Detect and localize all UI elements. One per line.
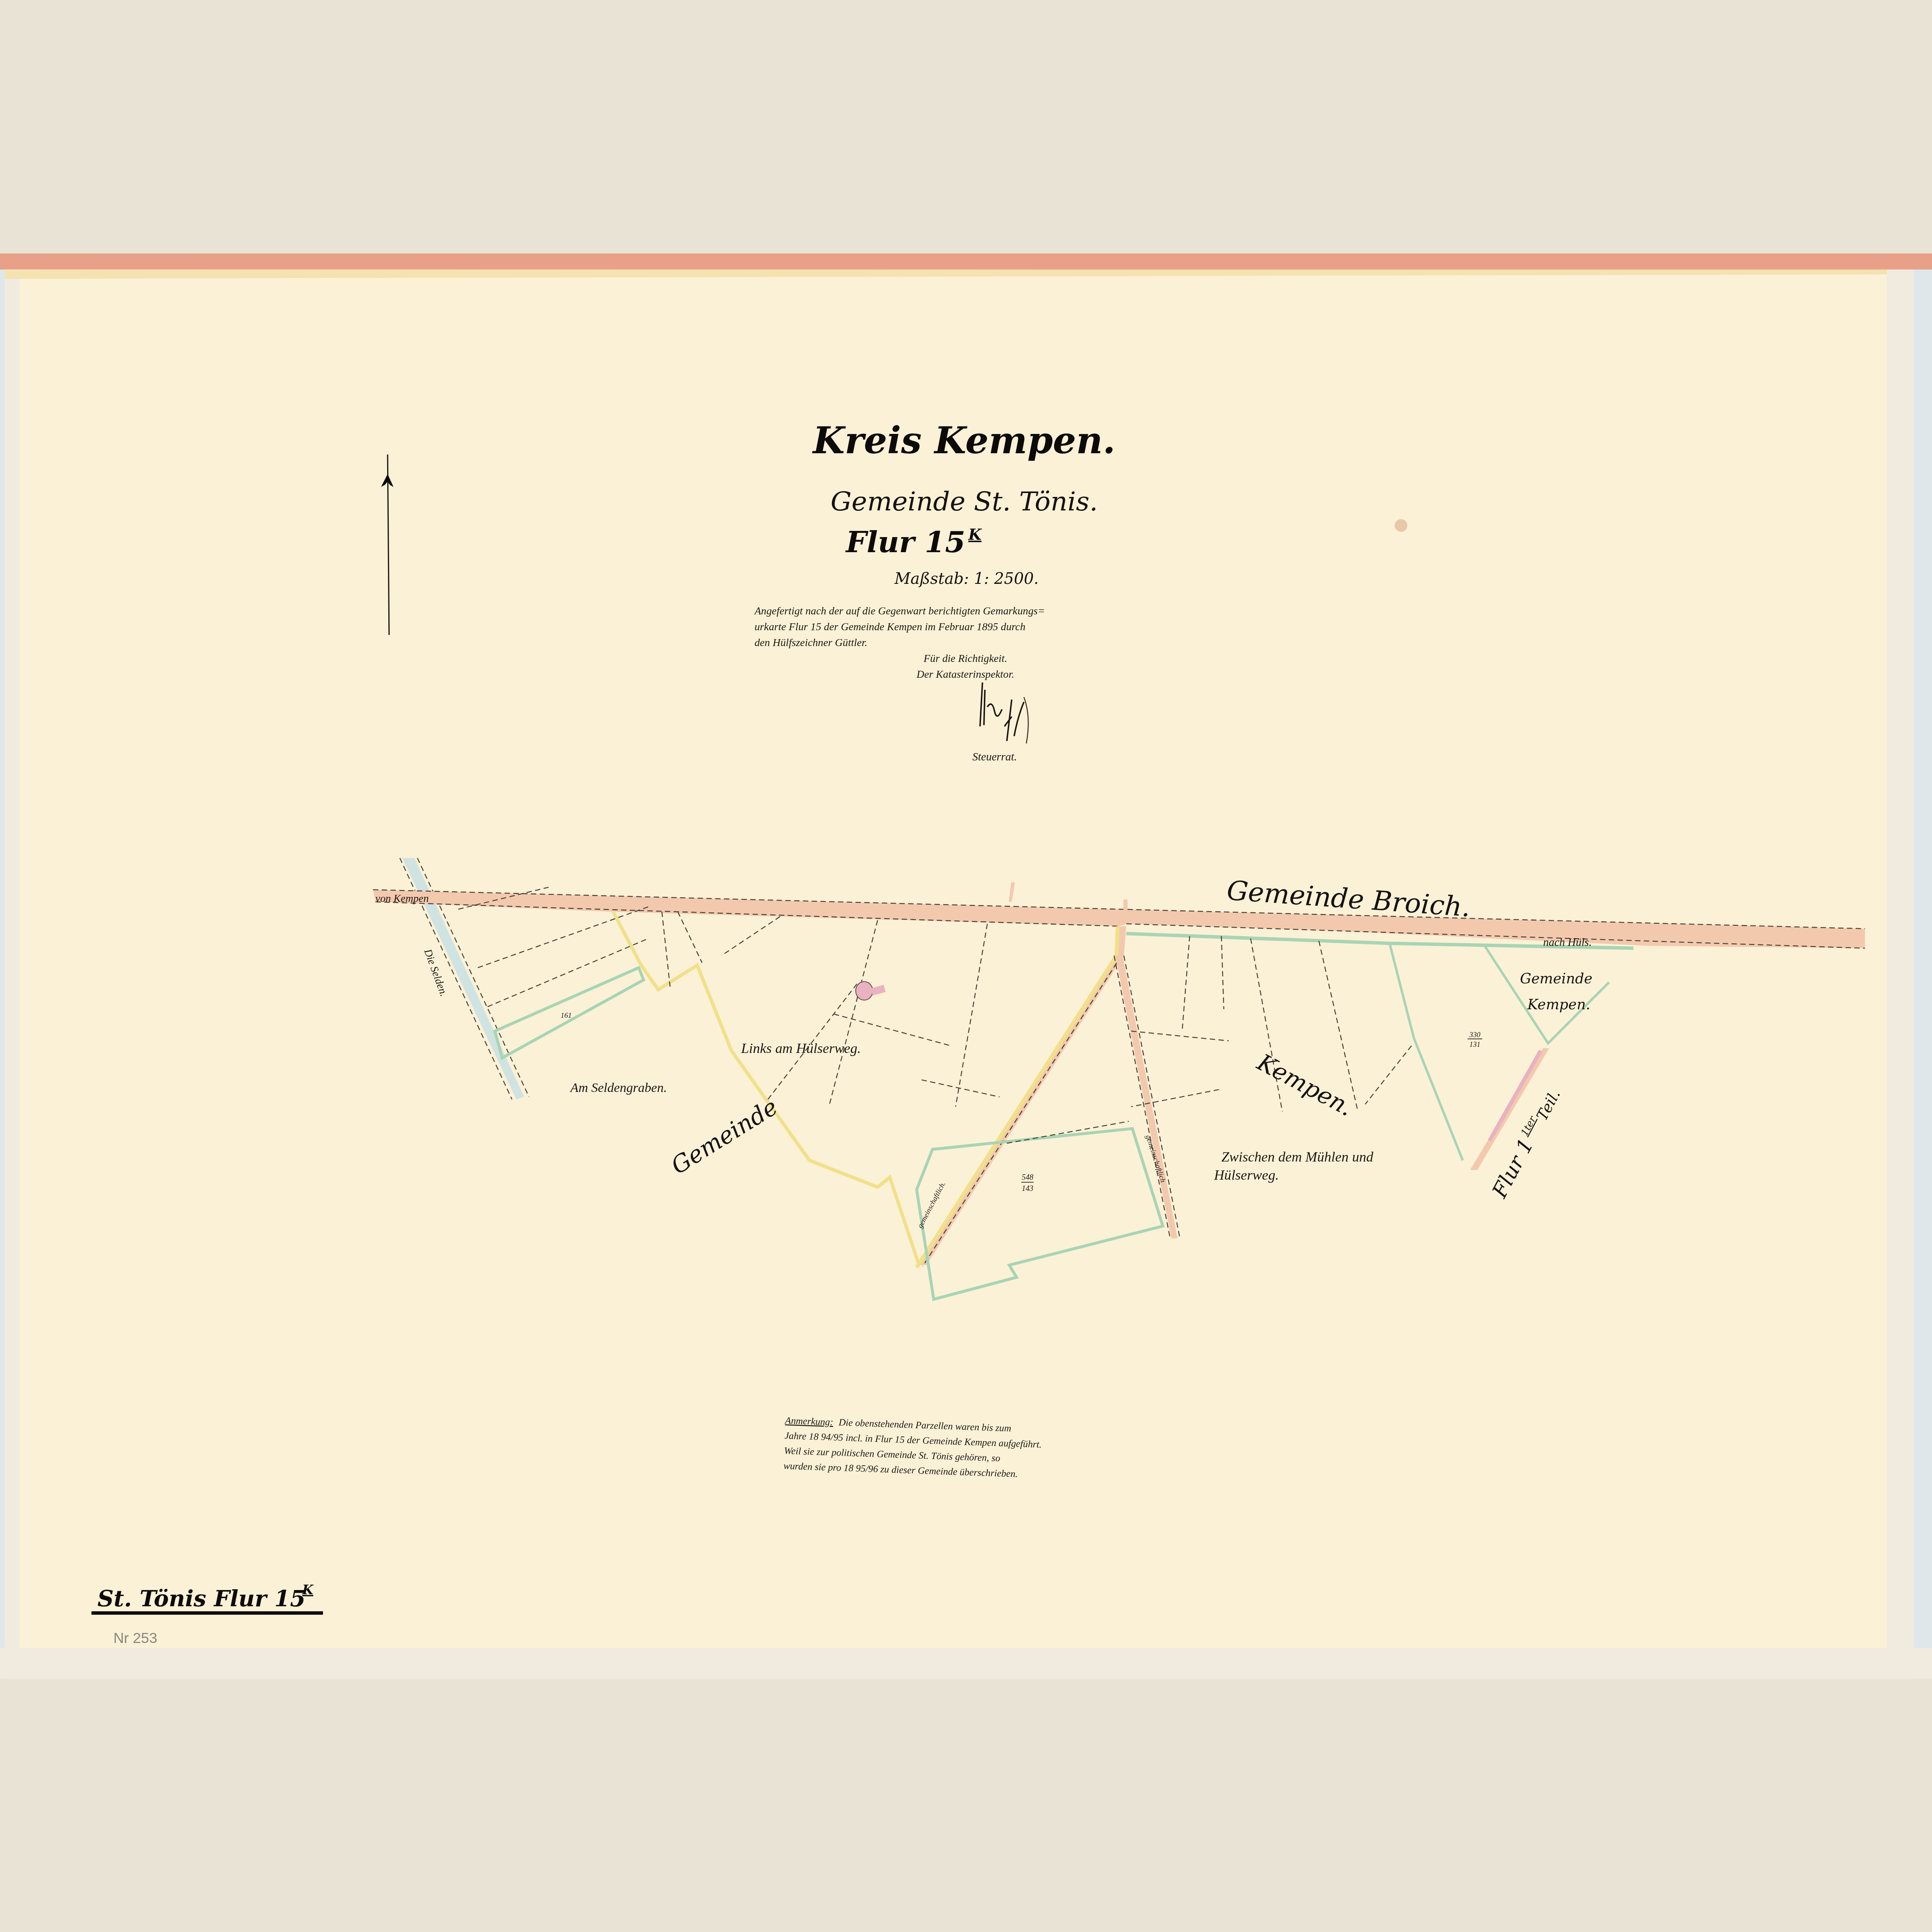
linen-binding-left [5, 278, 20, 1679]
sheet-label-superscript: K [302, 1582, 314, 1597]
map-sheet: Kreis Kempen. Gemeinde St. Tönis. Flur 1… [0, 0, 1932, 1932]
paper-background [0, 253, 1932, 1679]
field-name-zwischen-2: Hülserweg. [1214, 1167, 1279, 1183]
scale-label: Maßstab: 1: 2500. [894, 570, 1039, 588]
svg-text:548: 548 [1022, 1173, 1033, 1182]
signatory-title: Steuerrat. [973, 751, 1017, 763]
linen-binding-right [1887, 269, 1913, 1679]
neighbor-label-kempen-east-2: Kempen. [1527, 996, 1590, 1013]
road-label-west: von Kempen [376, 893, 429, 905]
top-band [0, 253, 1932, 270]
annotation-heading: Anmerkung: [784, 1415, 833, 1427]
neighbor-label-kempen-east-1: Gemeinde [1520, 970, 1593, 987]
title-flur-superscript: K [968, 526, 982, 544]
svg-text:143: 143 [1022, 1184, 1033, 1193]
foxing-stain [1395, 519, 1407, 532]
compilation-note-line-2: urkarte Flur 15 der Gemeinde Kempen im F… [755, 621, 1026, 633]
certification-line-1: Für die Richtigkeit. [923, 653, 1007, 665]
road-label-east: nach Hüls. [1543, 936, 1592, 949]
field-name-zwischen-1: Zwischen dem Mühlen und [1221, 1149, 1374, 1165]
backing-left [0, 268, 5, 1679]
title-gemeinde: Gemeinde St. Tönis. [830, 486, 1098, 517]
title-kreis: Kreis Kempen. [812, 419, 1116, 462]
archive-mark: Nr 253 [113, 1630, 157, 1646]
title-flur: Flur 15 K [845, 525, 982, 559]
linen-binding-bottom [0, 1648, 1932, 1679]
svg-text:131: 131 [1469, 1041, 1480, 1049]
field-name-am-seldengraben: Am Seldengraben. [570, 1081, 667, 1095]
map-canvas: Kreis Kempen. Gemeinde St. Tönis. Flur 1… [0, 0, 1932, 1932]
backing-right [1914, 268, 1932, 1679]
compilation-note-line-3: den Hülfszeichner Güttler. [755, 637, 867, 649]
compilation-note-line-1: Angefertigt nach der auf die Gegenwart b… [754, 605, 1045, 617]
sheet-label: St. Tönis Flur 15 K [92, 1582, 323, 1615]
sheet-label-text: St. Tönis Flur 15 [97, 1585, 305, 1612]
svg-text:Flur 15: Flur 15 [845, 525, 965, 559]
field-name-links-am-huelserweg: Links am Hülserweg. [741, 1040, 861, 1056]
svg-text:330: 330 [1469, 1031, 1481, 1039]
parcel-number-161: 161 [561, 1012, 571, 1020]
road-spur-north-2 [1123, 900, 1128, 917]
certification-line-2: Der Katasterinspektor. [916, 668, 1014, 680]
sheet-label-underline [92, 1611, 323, 1615]
